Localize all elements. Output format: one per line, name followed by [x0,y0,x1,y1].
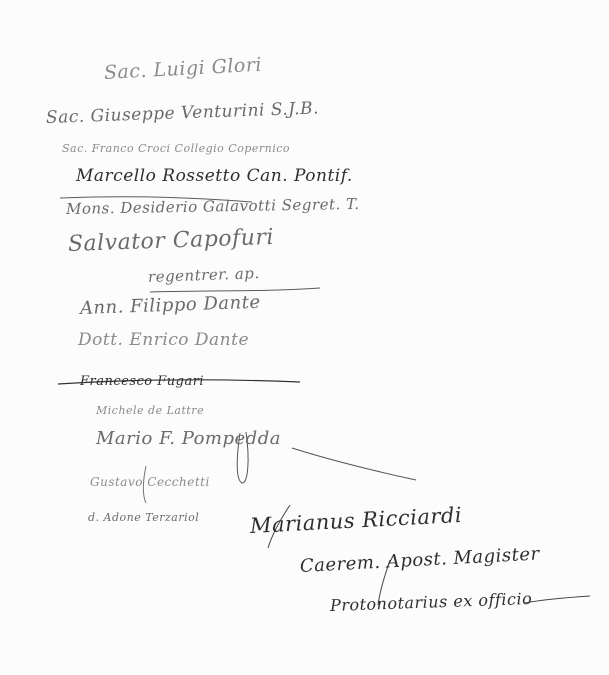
signature-regentrer: regentrer. ap. [148,264,260,286]
signature-page: Sac. Luigi Glori Sac. Giuseppe Venturini… [0,0,609,675]
signature-giuseppe-venturini: Sac. Giuseppe Venturini S.J.B. [46,98,320,128]
signature-marianus-ricciardi: Marianus Ricciardi [249,503,462,538]
signature-marcello-rossetto: Marcello Rossetto Can. Pontif. [76,166,353,186]
signature-franco-croci: Sac. Franco Croci Collegio Copernico [62,142,290,155]
signature-caerem-apost-magister: Caerem. Apost. Magister [299,543,540,577]
signature-adone-terzariol: d. Adone Terzariol [88,511,199,524]
signature-gustavo-cecchetti: Gustavo Cecchetti [90,475,210,489]
signature-mario-pompedda: Mario F. Pompedda [96,428,281,449]
signature-luigi-glori: Sac. Luigi Glori [103,54,262,84]
signature-enrico-dante: Dott. Enrico Dante [78,330,249,350]
signature-francesco-fugari: Francesco Fugari [80,374,204,389]
signature-filippo-dante: Ann. Filippo Dante [80,292,261,319]
signature-protonotarius: Protonotarius ex officio [330,589,533,615]
signature-michele-de-lattre: Michele de Lattre [96,404,204,417]
signature-salvator-capofuri: Salvator Capofuri [68,225,275,257]
signature-desiderio-galavotti: Mons. Desiderio Galavotti Segret. T. [66,195,360,218]
